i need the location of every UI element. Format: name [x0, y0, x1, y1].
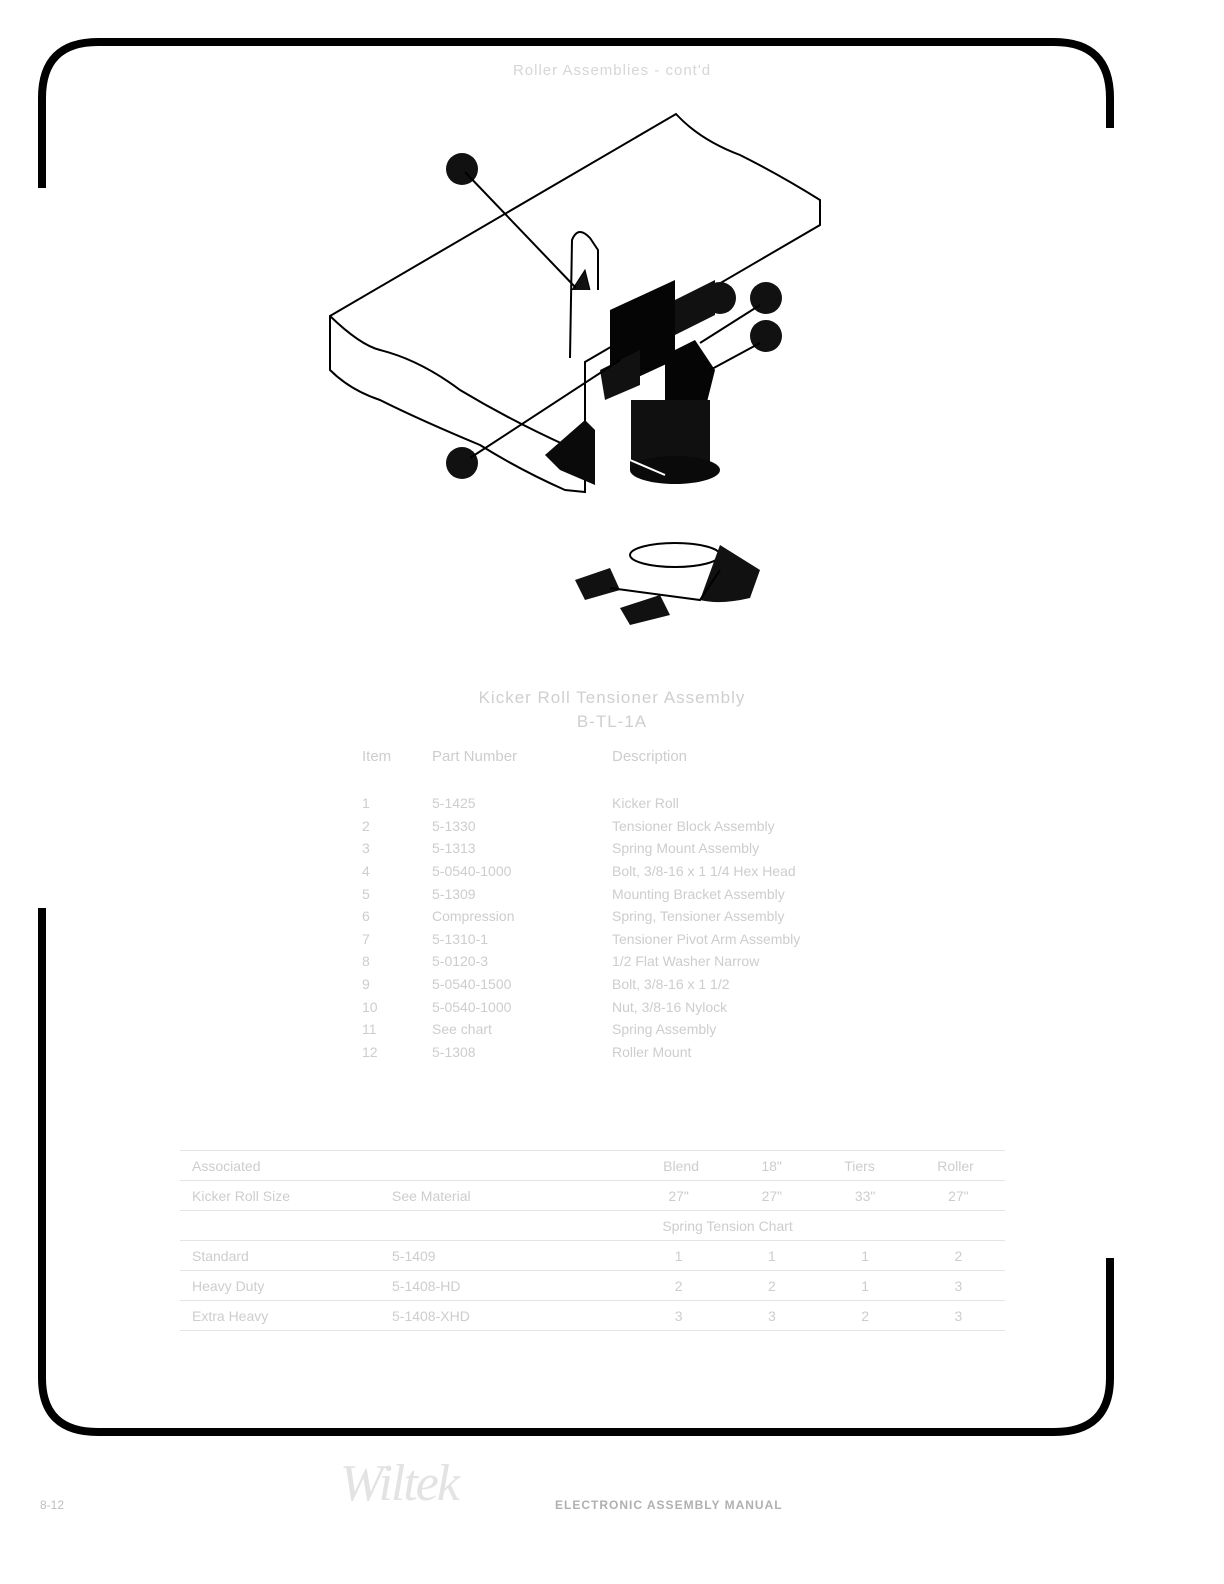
table-row: Extra Heavy5-1408-XHD3323	[180, 1301, 1005, 1330]
table-row: 75-1310-1Tensioner Pivot Arm Assembly	[362, 928, 842, 951]
cell: See Material	[392, 1188, 632, 1204]
cell: 33"	[855, 1188, 876, 1204]
table-row: Standard5-14091112	[180, 1241, 1005, 1270]
cell-desc: Spring, Tensioner Assembly	[612, 908, 842, 924]
table-row: Spring Tension Chart	[180, 1211, 1005, 1240]
table-row: 6CompressionSpring, Tensioner Assembly	[362, 905, 842, 928]
figure-caption: Kicker Roll Tensioner Assembly	[0, 688, 1224, 708]
cell-item: 5	[362, 886, 432, 902]
cell-group: Spring Tension Chart	[632, 1218, 1005, 1234]
table-row: 105-0540-1000Nut, 3/8-16 Nylock	[362, 995, 842, 1018]
cell-item: 10	[362, 999, 432, 1015]
cell-group: 3323	[632, 1308, 1005, 1324]
cell-desc: Tensioner Block Assembly	[612, 818, 842, 834]
cell: 2	[675, 1278, 683, 1294]
cell: Tiers	[844, 1158, 875, 1174]
cell: 5-1408-XHD	[392, 1308, 632, 1324]
associated-parts-table: AssociatedBlend18"TiersRollerKicker Roll…	[180, 1150, 1005, 1331]
cell-desc: Mounting Bracket Assembly	[612, 886, 842, 902]
cell: 3	[768, 1308, 776, 1324]
cell-part: 5-1425	[432, 795, 612, 811]
cell-desc: Bolt, 3/8-16 x 1 1/2	[612, 976, 842, 992]
page-number: 8-12	[40, 1498, 64, 1512]
cell: Blend	[663, 1158, 699, 1174]
cell-desc: Spring Mount Assembly	[612, 840, 842, 856]
cell: Standard	[180, 1248, 392, 1264]
cell: 3	[675, 1308, 683, 1324]
cell-group: 1112	[632, 1248, 1005, 1264]
cell: 3	[954, 1308, 962, 1324]
cell: 2	[861, 1308, 869, 1324]
cell-desc: 1/2 Flat Washer Narrow	[612, 953, 842, 969]
header-part-number: Part Number	[432, 748, 612, 765]
cell-desc: Spring Assembly	[612, 1021, 842, 1037]
manual-title: ELECTRONIC ASSEMBLY MANUAL	[555, 1498, 783, 1512]
cell: 27"	[762, 1188, 783, 1204]
table-row: Heavy Duty5-1408-HD2213	[180, 1271, 1005, 1300]
cell-item: 2	[362, 818, 432, 834]
cell: Roller	[937, 1158, 974, 1174]
cell-part: 5-0540-1000	[432, 863, 612, 879]
table-row: 55-1309Mounting Bracket Assembly	[362, 882, 842, 905]
cell: 1	[861, 1248, 869, 1264]
cell: Extra Heavy	[180, 1308, 392, 1324]
cell-desc: Nut, 3/8-16 Nylock	[612, 999, 842, 1015]
cell: 1	[675, 1248, 683, 1264]
parts-table-header: Item Part Number Description	[362, 748, 842, 792]
table-row: 85-0120-31/2 Flat Washer Narrow	[362, 950, 842, 973]
cell-part: 5-1313	[432, 840, 612, 856]
cell: 3	[954, 1278, 962, 1294]
cell-group: 27"27"33"27"	[632, 1188, 1005, 1204]
cell-part: 5-0120-3	[432, 953, 612, 969]
cell: 1	[861, 1278, 869, 1294]
cell: Spring Tension Chart	[662, 1218, 792, 1234]
cell: 5-1409	[392, 1248, 632, 1264]
table-row: 35-1313Spring Mount Assembly	[362, 837, 842, 860]
cell: 2	[954, 1248, 962, 1264]
brand-logo: Wiltek	[340, 1454, 458, 1513]
section-header-title: Roller Assemblies - cont'd	[0, 62, 1224, 79]
cell-part: See chart	[432, 1021, 612, 1037]
table-header-row: AssociatedBlend18"TiersRoller	[180, 1151, 1005, 1180]
cell: Associated	[180, 1158, 392, 1174]
cell-desc: Roller Mount	[612, 1044, 842, 1060]
cell: Heavy Duty	[180, 1278, 392, 1294]
cell: 5-1408-HD	[392, 1278, 632, 1294]
header-description: Description	[612, 748, 842, 765]
table-row: 45-0540-1000Bolt, 3/8-16 x 1 1/4 Hex Hea…	[362, 860, 842, 883]
cell-item: 6	[362, 908, 432, 924]
table-row: 15-1425Kicker Roll	[362, 792, 842, 815]
cell: 27"	[668, 1188, 689, 1204]
cell-part: 5-0540-1000	[432, 999, 612, 1015]
cell-item: 1	[362, 795, 432, 811]
cell: 27"	[948, 1188, 969, 1204]
cell-desc: Bolt, 3/8-16 x 1 1/4 Hex Head	[612, 863, 842, 879]
cell: 1	[768, 1248, 776, 1264]
cell-part: Compression	[432, 908, 612, 924]
figure-subcaption: B-TL-1A	[0, 712, 1224, 732]
cell-part: 5-0540-1500	[432, 976, 612, 992]
parts-table: Item Part Number Description 15-1425Kick…	[362, 748, 842, 1063]
cell: Kicker Roll Size	[180, 1188, 392, 1204]
cell: 2	[768, 1278, 776, 1294]
cell-item: 4	[362, 863, 432, 879]
table-row: 95-0540-1500Bolt, 3/8-16 x 1 1/2	[362, 973, 842, 996]
cell-item: 11	[362, 1021, 432, 1037]
table-row: 25-1330Tensioner Block Assembly	[362, 815, 842, 838]
cell-item: 12	[362, 1044, 432, 1060]
cell-item: 8	[362, 953, 432, 969]
cell-group: 2213	[632, 1278, 1005, 1294]
cell-part: 5-1310-1	[432, 931, 612, 947]
table-row: 125-1308Roller Mount	[362, 1041, 842, 1064]
cell-item: 9	[362, 976, 432, 992]
cell-part: 5-1308	[432, 1044, 612, 1060]
cell: 18"	[761, 1158, 782, 1174]
cell-item: 3	[362, 840, 432, 856]
assembly-illustration	[320, 100, 840, 630]
table-rule	[180, 1330, 1005, 1331]
cell-part: 5-1309	[432, 886, 612, 902]
cell-item: 7	[362, 931, 432, 947]
cell-desc: Tensioner Pivot Arm Assembly	[612, 931, 842, 947]
page-footer: 8-12 Wiltek ELECTRONIC ASSEMBLY MANUAL	[40, 1494, 1184, 1520]
table-row: 11See chartSpring Assembly	[362, 1018, 842, 1041]
cell-group: Blend18"TiersRoller	[632, 1158, 1005, 1174]
header-item: Item	[362, 748, 432, 765]
cell-desc: Kicker Roll	[612, 795, 842, 811]
cell-part: 5-1330	[432, 818, 612, 834]
table-row: Kicker Roll SizeSee Material27"27"33"27"	[180, 1181, 1005, 1210]
